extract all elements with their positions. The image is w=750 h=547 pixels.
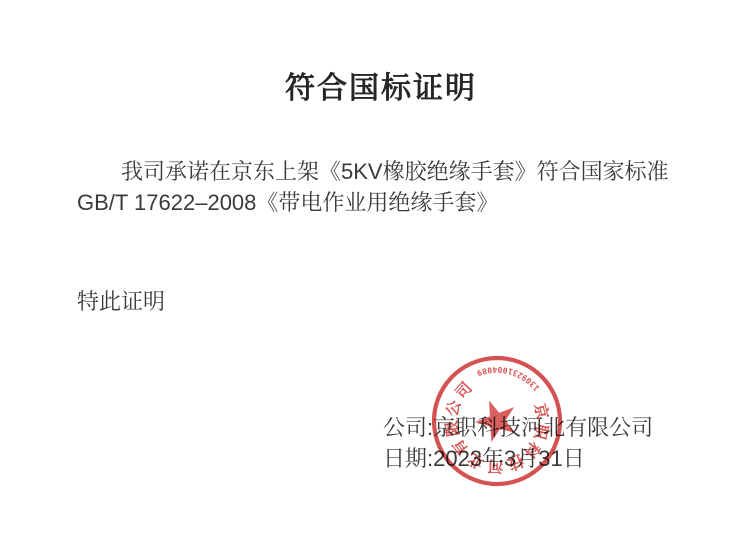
svg-text:1: 1 xyxy=(507,366,514,376)
svg-text:4: 4 xyxy=(492,365,497,374)
body-line: 我司承诺在京东上架《5KV橡胶绝缘手套》符合国家标准 xyxy=(77,156,699,187)
svg-text:9: 9 xyxy=(520,372,529,382)
svg-text:9: 9 xyxy=(475,368,483,378)
svg-text:3: 3 xyxy=(511,368,519,378)
svg-text:8: 8 xyxy=(481,366,488,376)
certificate-title: 符合国标证明 xyxy=(0,71,750,107)
svg-text:1: 1 xyxy=(531,383,541,393)
svg-text:3: 3 xyxy=(528,379,538,389)
svg-text:0: 0 xyxy=(502,365,508,375)
svg-text:0: 0 xyxy=(497,365,503,374)
certificate-page: { "page": { "background": "#ffffff", "te… xyxy=(0,0,750,547)
company-line: 公司:京职科技河北有限公司 xyxy=(383,412,653,443)
svg-text:司: 司 xyxy=(451,378,475,402)
svg-text:0: 0 xyxy=(486,365,492,375)
date-line: 日期:2023年3月31日 xyxy=(383,443,653,474)
body-line: GB/T 17622–2008《带电作业用绝缘手套》 xyxy=(77,187,699,218)
svg-text:0: 0 xyxy=(524,375,534,385)
seal-serial-number: 1309231004089 xyxy=(474,358,545,394)
signature-block: 公司:京职科技河北有限公司 日期:2023年3月31日 xyxy=(383,412,653,474)
closing-statement: 特此证明 xyxy=(77,286,165,317)
svg-text:2: 2 xyxy=(516,370,525,380)
body-paragraph: 我司承诺在京东上架《5KV橡胶绝缘手套》符合国家标准 GB/T 17622–20… xyxy=(77,156,699,218)
